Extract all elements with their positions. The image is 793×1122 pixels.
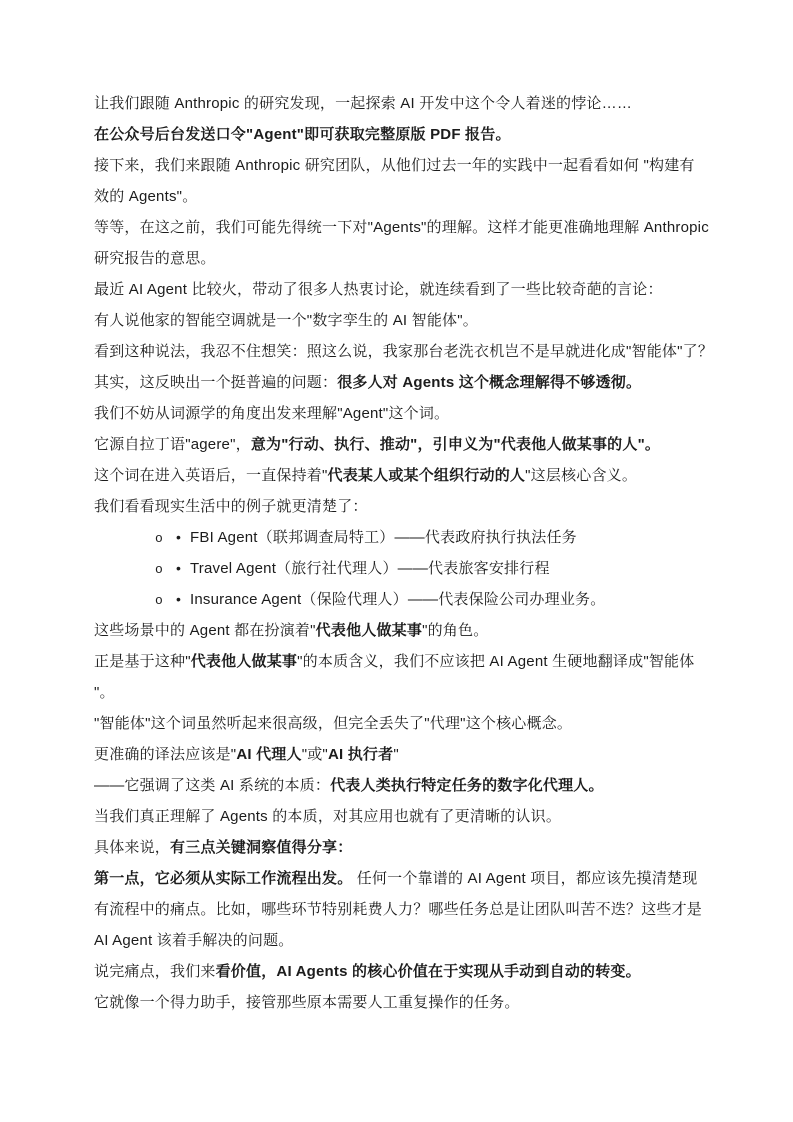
text-segment: 意为"行动、执行、推动"，引申义为"代表他人做某事的人"。 xyxy=(251,436,660,453)
text-segment: 有人说他家的智能空调就是一个"数字孪生的 AI 智能体"。 xyxy=(94,312,478,329)
document-body: 让我们跟随 Anthropic 的研究发现，一起探索 AI 开发中这个令人着迷的… xyxy=(94,88,706,1018)
text-segment: 更准确的译法应该是" xyxy=(94,746,236,763)
text-line: 有流程中的痛点。比如，哪些环节特别耗费人力？哪些任务总是让团队叫苦不迭？这些才是 xyxy=(94,894,706,925)
text-segment: 任何一个靠谱的 AI Agent 项目，都应该先摸清楚现 xyxy=(352,870,697,887)
text-line: 我们看看现实生活中的例子就更清楚了： xyxy=(94,491,706,522)
text-segment: 我们不妨从词源学的角度出发来理解"Agent"这个词。 xyxy=(94,405,449,422)
text-segment: 代表人类执行特定任务的数字化代理人。 xyxy=(330,777,604,794)
list-marker-circle-icon: o xyxy=(155,585,176,616)
text-segment: 研究报告的意思。 xyxy=(94,250,216,267)
text-segment: 效的 Agents"。 xyxy=(94,188,197,205)
text-segment: 其实，这反映出一个挺普遍的问题： xyxy=(94,374,337,391)
text-segment: 很多人对 Agents 这个概念理解得不够透彻。 xyxy=(337,374,641,391)
document-page: 让我们跟随 Anthropic 的研究发现，一起探索 AI 开发中这个令人着迷的… xyxy=(0,0,793,1122)
text-line: 这个词在进入英语后，一直保持着"代表某人或某个组织行动的人"这层核心含义。 xyxy=(94,460,706,491)
text-segment: 它就像一个得力助手，接管那些原本需要人工重复操作的任务。 xyxy=(94,994,520,1011)
text-segment: 等等，在这之前，我们可能先得统一下对"Agents"的理解。这样才能更准确地理解… xyxy=(94,219,709,236)
text-segment: AI Agent 该着手解决的问题。 xyxy=(94,932,293,949)
list-item: o•Insurance Agent（保险代理人）——代表保险公司办理业务。 xyxy=(94,584,706,615)
text-segment: 这个词在进入英语后，一直保持着" xyxy=(94,467,328,484)
text-segment: 代表某人或某个组织行动的人 xyxy=(328,467,526,484)
text-segment: 有流程中的痛点。比如，哪些环节特别耗费人力？哪些任务总是让团队叫苦不迭？这些才是 xyxy=(94,901,702,918)
text-segment: AI 代理人 xyxy=(236,746,301,763)
text-line: 研究报告的意思。 xyxy=(94,243,706,274)
text-segment: 具体来说， xyxy=(94,839,170,856)
text-segment: 看价值，AI Agents 的核心价值在于实现从手动到自动的转变。 xyxy=(216,963,641,980)
text-segment: 这些场景中的 Agent 都在扮演着" xyxy=(94,622,316,639)
text-line: 接下来，我们来跟随 Anthropic 研究团队，从他们过去一年的实践中一起看看… xyxy=(94,150,706,181)
text-line: 它就像一个得力助手，接管那些原本需要人工重复操作的任务。 xyxy=(94,987,706,1018)
text-segment: 说完痛点，我们来 xyxy=(94,963,216,980)
text-line: 正是基于这种"代表他人做某事"的本质含义，我们不应该把 AI Agent 生硬地… xyxy=(94,646,706,677)
text-segment: ——它强调了这类 AI 系统的本质： xyxy=(94,777,330,794)
text-line: 我们不妨从词源学的角度出发来理解"Agent"这个词。 xyxy=(94,398,706,429)
text-segment: "智能体"这个词虽然听起来很高级，但完全丢失了"代理"这个核心概念。 xyxy=(94,715,572,732)
list-item: o•FBI Agent（联邦调查局特工）——代表政府执行执法任务 xyxy=(94,522,706,553)
text-line: 等等，在这之前，我们可能先得统一下对"Agents"的理解。这样才能更准确地理解… xyxy=(94,212,706,243)
text-line: 它源自拉丁语"agere"，意为"行动、执行、推动"，引申义为"代表他人做某事的… xyxy=(94,429,706,460)
text-line: 更准确的译法应该是"AI 代理人"或"AI 执行者" xyxy=(94,739,706,770)
text-line: 其实，这反映出一个挺普遍的问题：很多人对 Agents 这个概念理解得不够透彻。 xyxy=(94,367,706,398)
text-segment: 看到这种说法，我忍不住想笑：照这么说，我家那台老洗衣机岂不是早就进化成"智能体"… xyxy=(94,343,713,360)
text-line: "智能体"这个词虽然听起来很高级，但完全丢失了"代理"这个核心概念。 xyxy=(94,708,706,739)
list-marker-bullet-icon: • xyxy=(176,522,190,553)
text-line: 看到这种说法，我忍不住想笑：照这么说，我家那台老洗衣机岂不是早就进化成"智能体"… xyxy=(94,336,706,367)
text-segment: "。 xyxy=(94,684,115,701)
text-line: 当我们真正理解了 Agents 的本质，对其应用也就有了更清晰的认识。 xyxy=(94,801,706,832)
text-segment: FBI Agent（联邦调查局特工）——代表政府执行执法任务 xyxy=(190,529,577,546)
text-line: 最近 AI Agent 比较火，带动了很多人热衷讨论，就连续看到了一些比较奇葩的… xyxy=(94,274,706,305)
text-segment: AI 执行者 xyxy=(328,746,393,763)
list-marker-bullet-icon: • xyxy=(176,584,190,615)
text-line: 在公众号后台发送口令"Agent"即可获取完整原版 PDF 报告。 xyxy=(94,119,706,150)
text-segment: 接下来，我们来跟随 Anthropic 研究团队，从他们过去一年的实践中一起看看… xyxy=(94,157,695,174)
text-line: "。 xyxy=(94,677,706,708)
text-segment: "的角色。 xyxy=(422,622,488,639)
text-segment: "的本质含义，我们不应该把 AI Agent 生硬地翻译成"智能体 xyxy=(297,653,694,670)
text-segment: 有三点关键洞察值得分享： xyxy=(170,839,352,856)
text-segment: " xyxy=(393,746,399,763)
text-line: 让我们跟随 Anthropic 的研究发现，一起探索 AI 开发中这个令人着迷的… xyxy=(94,88,706,119)
text-line: 第一点，它必须从实际工作流程出发。 任何一个靠谱的 AI Agent 项目，都应… xyxy=(94,863,706,894)
text-segment: Insurance Agent（保险代理人）——代表保险公司办理业务。 xyxy=(190,591,605,608)
list-marker-circle-icon: o xyxy=(155,554,176,585)
text-line: 说完痛点，我们来看价值，AI Agents 的核心价值在于实现从手动到自动的转变… xyxy=(94,956,706,987)
text-line: 这些场景中的 Agent 都在扮演着"代表他人做某事"的角色。 xyxy=(94,615,706,646)
text-segment: 当我们真正理解了 Agents 的本质，对其应用也就有了更清晰的认识。 xyxy=(94,808,561,825)
text-line: 效的 Agents"。 xyxy=(94,181,706,212)
text-segment: 我们看看现实生活中的例子就更清楚了： xyxy=(94,498,368,515)
text-line: ——它强调了这类 AI 系统的本质：代表人类执行特定任务的数字化代理人。 xyxy=(94,770,706,801)
text-line: AI Agent 该着手解决的问题。 xyxy=(94,925,706,956)
text-line: 具体来说，有三点关键洞察值得分享： xyxy=(94,832,706,863)
text-segment: 第一点，它必须从实际工作流程出发。 xyxy=(94,870,352,887)
text-segment: 代表他人做某事 xyxy=(191,653,297,670)
text-line: 有人说他家的智能空调就是一个"数字孪生的 AI 智能体"。 xyxy=(94,305,706,336)
text-segment: 让我们跟随 Anthropic 的研究发现，一起探索 AI 开发中这个令人着迷的… xyxy=(94,95,632,112)
list-marker-bullet-icon: • xyxy=(176,553,190,584)
text-segment: 在公众号后台发送口令"Agent"即可获取完整原版 PDF 报告。 xyxy=(94,126,511,143)
text-segment: Travel Agent（旅行社代理人）——代表旅客安排行程 xyxy=(190,560,550,577)
text-segment: 正是基于这种" xyxy=(94,653,191,670)
list-marker-circle-icon: o xyxy=(155,523,176,554)
list-item: o•Travel Agent（旅行社代理人）——代表旅客安排行程 xyxy=(94,553,706,584)
text-segment: "或" xyxy=(302,746,328,763)
text-segment: 最近 AI Agent 比较火，带动了很多人热衷讨论，就连续看到了一些比较奇葩的… xyxy=(94,281,663,298)
text-segment: 代表他人做某事 xyxy=(316,622,422,639)
text-segment: 它源自拉丁语"agere"， xyxy=(94,436,251,453)
text-segment: "这层核心含义。 xyxy=(525,467,637,484)
